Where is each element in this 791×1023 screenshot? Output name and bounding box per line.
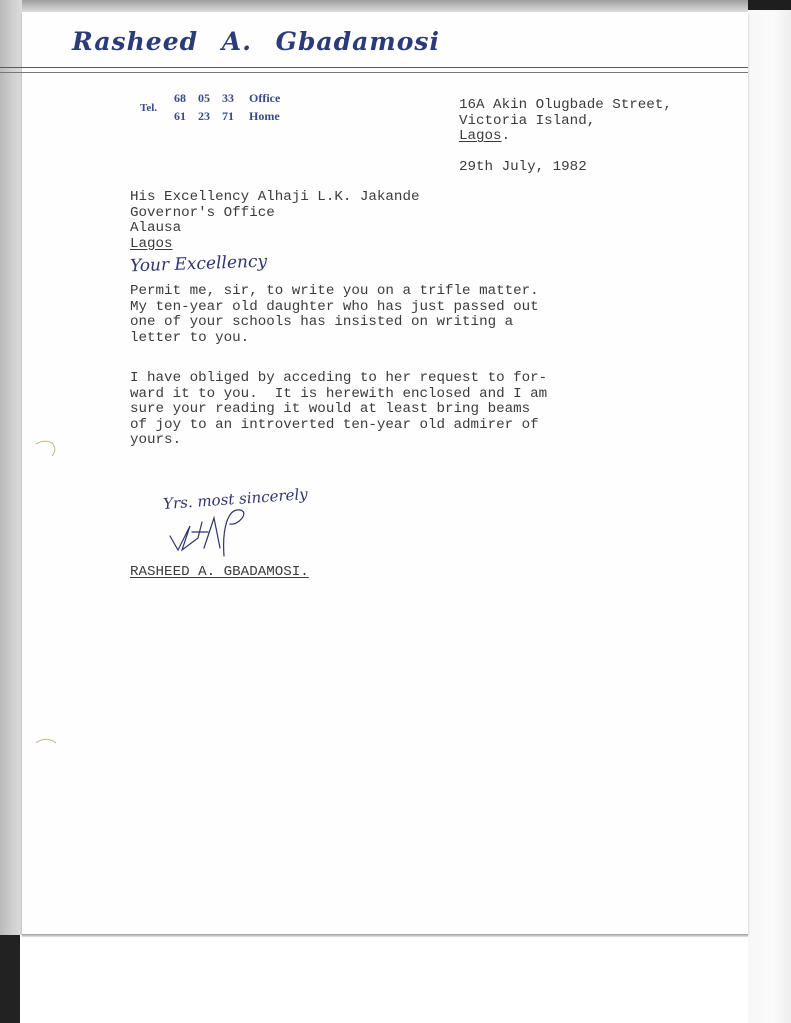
body-line: My ten-year old daughter who has just pa… [130, 300, 539, 316]
address-city: Lagos [459, 128, 502, 144]
recipient-line: Alausa [130, 221, 419, 237]
letterhead-rule [0, 72, 748, 73]
body-line: I have obliged by acceding to her reques… [130, 371, 547, 387]
phone-digits: 33 [222, 91, 246, 106]
letterhead-rule [0, 67, 748, 68]
scan-right-edge [748, 10, 791, 1023]
signature-icon [168, 498, 258, 568]
body-line: Permit me, sir, to write you on a trifle… [130, 284, 539, 300]
scan-left-edge [0, 0, 22, 935]
recipient-line: His Excellency Alhaji L.K. Jakande [130, 190, 419, 206]
address-line: 16A Akin Olugbade Street, [459, 98, 672, 114]
scan-bed-dark-edge [0, 935, 20, 1023]
phone-digits: 61 [174, 109, 198, 124]
phone-digits: 71 [222, 109, 246, 124]
letter-page [22, 12, 748, 934]
signatory-name: RASHEED A. GBADAMOSI. [130, 565, 309, 581]
body-paragraph-2: I have obliged by acceding to her reques… [130, 371, 547, 449]
body-line: letter to you. [130, 331, 539, 347]
body-line: of joy to an introverted ten-year old ad… [130, 418, 547, 434]
body-line: one of your schools has insisted on writ… [130, 315, 539, 331]
body-line: sure your reading it would at least brin… [130, 402, 547, 418]
address-line: Lagos. [459, 129, 672, 145]
letter-date: 29th July, 1982 [459, 160, 587, 176]
phone-digits: 23 [198, 109, 222, 124]
phone-label: Home [249, 109, 280, 124]
recipient-city: Lagos [130, 237, 419, 253]
phone-digits: 05 [198, 91, 222, 106]
recipient-address: His Excellency Alhaji L.K. JakandeGovern… [130, 190, 419, 252]
punch-hole-mark-icon [34, 735, 58, 751]
recipient-line: Governor's Office [130, 206, 419, 222]
phone-home: 61 23 71 Home [174, 109, 280, 124]
page-bottom-edge [22, 934, 748, 937]
body-line: ward it to you. It is herewith enclosed … [130, 387, 547, 403]
body-paragraph-1: Permit me, sir, to write you on a trifle… [130, 284, 539, 346]
body-line: yours. [130, 433, 547, 449]
punch-hole-mark-icon [34, 438, 58, 458]
phone-digits: 68 [174, 91, 198, 106]
scan-corner-dark [748, 0, 791, 10]
letterhead-name: Rasheed A. Gbadamosi [72, 27, 440, 56]
phone-label: Office [249, 91, 280, 106]
address-line: Victoria Island, [459, 114, 672, 130]
tel-label: Tel. [140, 102, 157, 114]
sender-address: 16A Akin Olugbade Street,Victoria Island… [459, 98, 672, 145]
phone-office: 68 05 33 Office [174, 91, 280, 106]
address-punctuation: . [502, 128, 511, 144]
